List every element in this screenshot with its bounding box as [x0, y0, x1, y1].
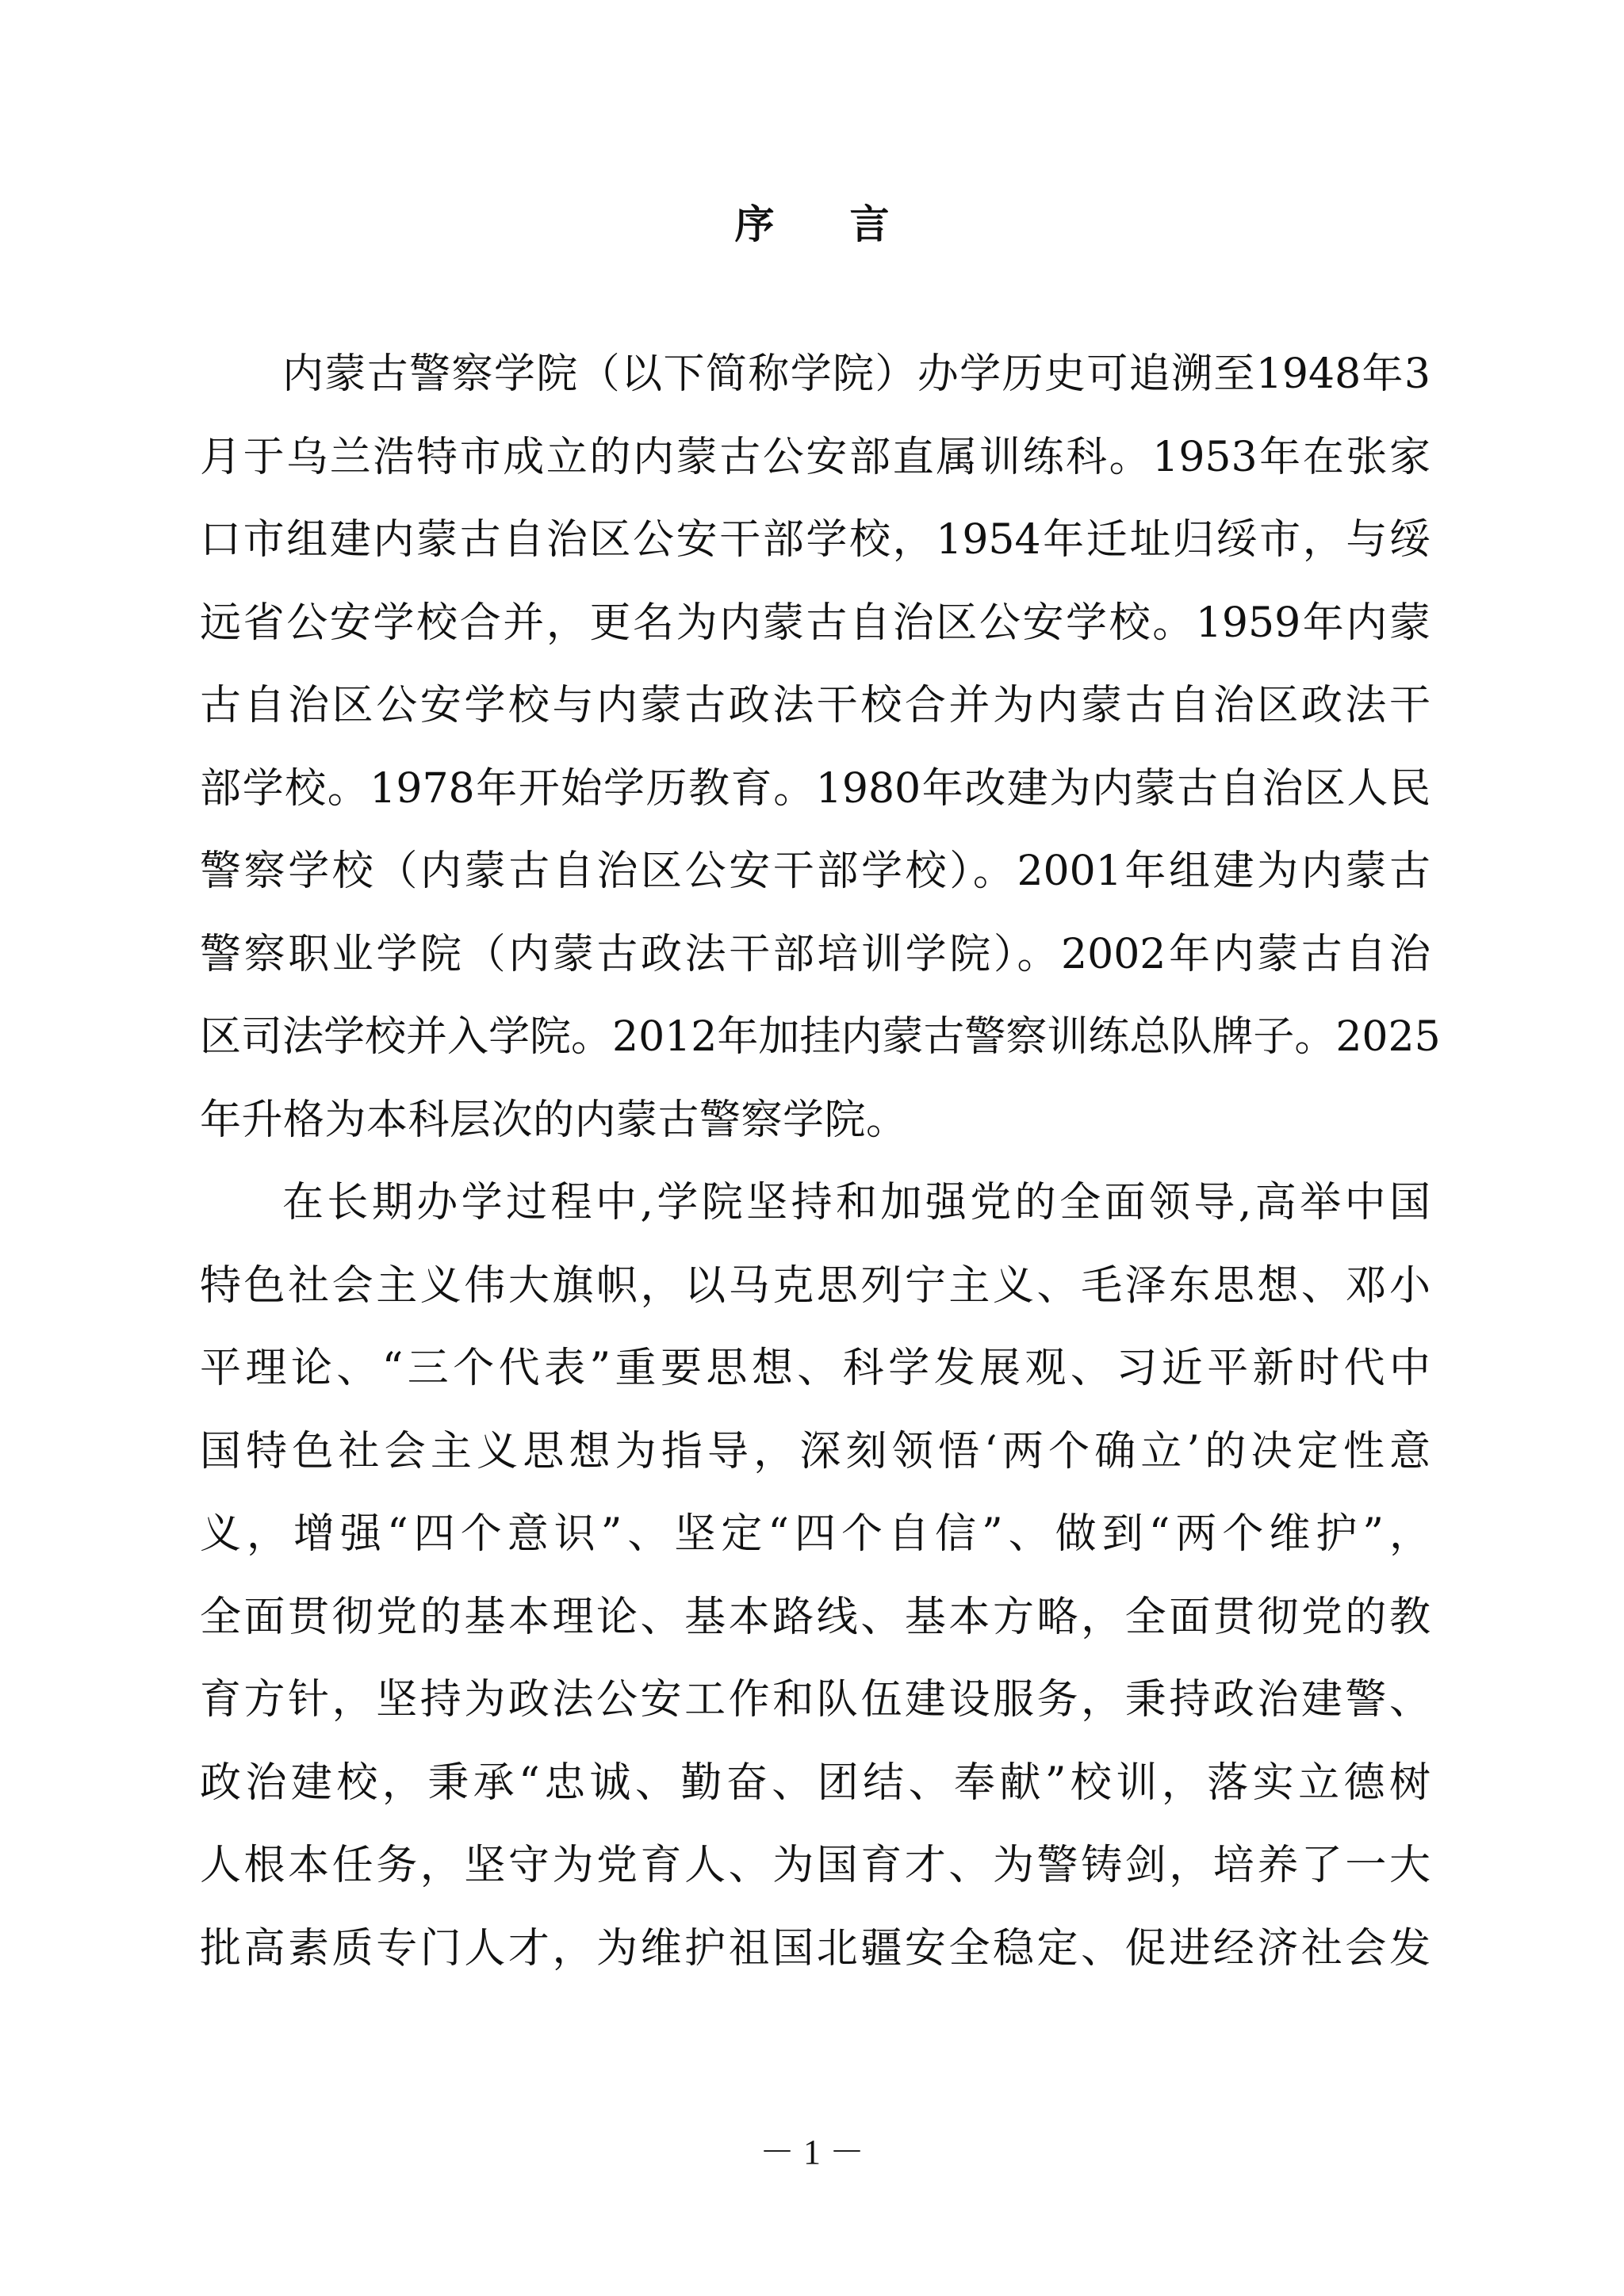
document-body: 内蒙古警察学院（以下简称学院）办学历史可追溯至1948年3 月于乌兰浩特市成立的…	[200, 333, 1431, 1990]
line-text: 人根本任务，坚守为党育人、为国育才、为警铸剑，培养了一大	[200, 1824, 1431, 1908]
line-text: 古自治区公安学校与内蒙古政法干校合并为内蒙古自治区政法干	[200, 664, 1431, 748]
line-text: 平理论、“三个代表”重要思想、科学发展观、习近平新时代中	[200, 1327, 1431, 1410]
line-text: 口市组建内蒙古自治区公安干部学校，1954年迁址归绥市，与绥	[200, 499, 1431, 582]
text-line: 全面贯彻党的基本理论、基本路线、基本方略，全面贯彻党的教	[200, 1576, 1431, 1659]
line-text: 全面贯彻党的基本理论、基本路线、基本方略，全面贯彻党的教	[200, 1576, 1431, 1659]
text-line: 批高素质专门人才，为维护祖国北疆安全稳定、促进经济社会发	[200, 1908, 1431, 1991]
text-line: 古自治区公安学校与内蒙古政法干校合并为内蒙古自治区政法干	[200, 664, 1431, 748]
text-line: 警察职业学院（内蒙古政法干部培训学院）。2002年内蒙古自治	[200, 913, 1431, 997]
text-line: 年升格为本科层次的内蒙古警察学院。	[200, 1079, 1431, 1162]
text-line: 在长期办学过程中,学院坚持和加强党的全面领导,高举中国	[200, 1161, 1431, 1245]
text-line: 政治建校，秉承“忠诚、勤奋、团结、奉献”校训，落实立德树	[200, 1742, 1431, 1825]
line-text: 义，增强“四个意识”、坚定“四个自信”、做到“两个维护”，	[200, 1493, 1431, 1576]
line-text: 内蒙古警察学院（以下简称学院）办学历史可追溯至1948年3	[282, 333, 1431, 416]
page-title: 序言	[0, 197, 1624, 252]
paragraph-history: 内蒙古警察学院（以下简称学院）办学历史可追溯至1948年3 月于乌兰浩特市成立的…	[200, 333, 1431, 1161]
line-text: 区司法学校并入学院。2012年加挂内蒙古警察训练总队牌子。2025	[200, 996, 1431, 1079]
text-line: 部学校。1978年开始学历教育。1980年改建为内蒙古自治区人民	[200, 748, 1431, 831]
line-text: 特色社会主义伟大旗帜，以马克思列宁主义、毛泽东思想、邓小	[200, 1245, 1431, 1328]
text-line: 育方针，坚持为政法公安工作和队伍建设服务，秉持政治建警、	[200, 1659, 1431, 1742]
text-line: 特色社会主义伟大旗帜，以马克思列宁主义、毛泽东思想、邓小	[200, 1245, 1431, 1328]
line-text: 远省公安学校合并，更名为内蒙古自治区公安学校。1959年内蒙	[200, 582, 1431, 665]
line-text: 批高素质专门人才，为维护祖国北疆安全稳定、促进经济社会发	[200, 1908, 1431, 1991]
text-line: 月于乌兰浩特市成立的内蒙古公安部直属训练科。1953年在张家	[200, 416, 1431, 499]
line-text: 月于乌兰浩特市成立的内蒙古公安部直属训练科。1953年在张家	[200, 416, 1431, 499]
line-text: 政治建校，秉承“忠诚、勤奋、团结、奉献”校训，落实立德树	[200, 1742, 1431, 1825]
text-line: 国特色社会主义思想为指导，深刻领悟‘两个确立’的决定性意	[200, 1410, 1431, 1494]
line-text: 部学校。1978年开始学历教育。1980年改建为内蒙古自治区人民	[200, 748, 1431, 831]
line-text: 国特色社会主义思想为指导，深刻领悟‘两个确立’的决定性意	[200, 1410, 1431, 1494]
line-text: 育方针，坚持为政法公安工作和队伍建设服务，秉持政治建警、	[200, 1659, 1431, 1742]
paragraph-mission: 在长期办学过程中,学院坚持和加强党的全面领导,高举中国 特色社会主义伟大旗帜，以…	[200, 1161, 1431, 1990]
page-number: － 1 －	[0, 2133, 1624, 2172]
text-line: 远省公安学校合并，更名为内蒙古自治区公安学校。1959年内蒙	[200, 582, 1431, 665]
line-text: 警察职业学院（内蒙古政法干部培训学院）。2002年内蒙古自治	[200, 913, 1431, 997]
text-line: 义，增强“四个意识”、坚定“四个自信”、做到“两个维护”，	[200, 1493, 1431, 1576]
text-line: 内蒙古警察学院（以下简称学院）办学历史可追溯至1948年3	[200, 333, 1431, 416]
text-line: 口市组建内蒙古自治区公安干部学校，1954年迁址归绥市，与绥	[200, 499, 1431, 582]
line-text: 年升格为本科层次的内蒙古警察学院。	[200, 1079, 1431, 1162]
line-text: 警察学校（内蒙古自治区公安干部学校）。2001年组建为内蒙古	[200, 830, 1431, 913]
text-line: 平理论、“三个代表”重要思想、科学发展观、习近平新时代中	[200, 1327, 1431, 1410]
text-line: 警察学校（内蒙古自治区公安干部学校）。2001年组建为内蒙古	[200, 830, 1431, 913]
document-page: 序言 内蒙古警察学院（以下简称学院）办学历史可追溯至1948年3 月于乌兰浩特市…	[0, 0, 1624, 2296]
text-line: 人根本任务，坚守为党育人、为国育才、为警铸剑，培养了一大	[200, 1824, 1431, 1908]
line-text: 在长期办学过程中,学院坚持和加强党的全面领导,高举中国	[282, 1161, 1431, 1245]
text-line: 区司法学校并入学院。2012年加挂内蒙古警察训练总队牌子。2025	[200, 996, 1431, 1079]
